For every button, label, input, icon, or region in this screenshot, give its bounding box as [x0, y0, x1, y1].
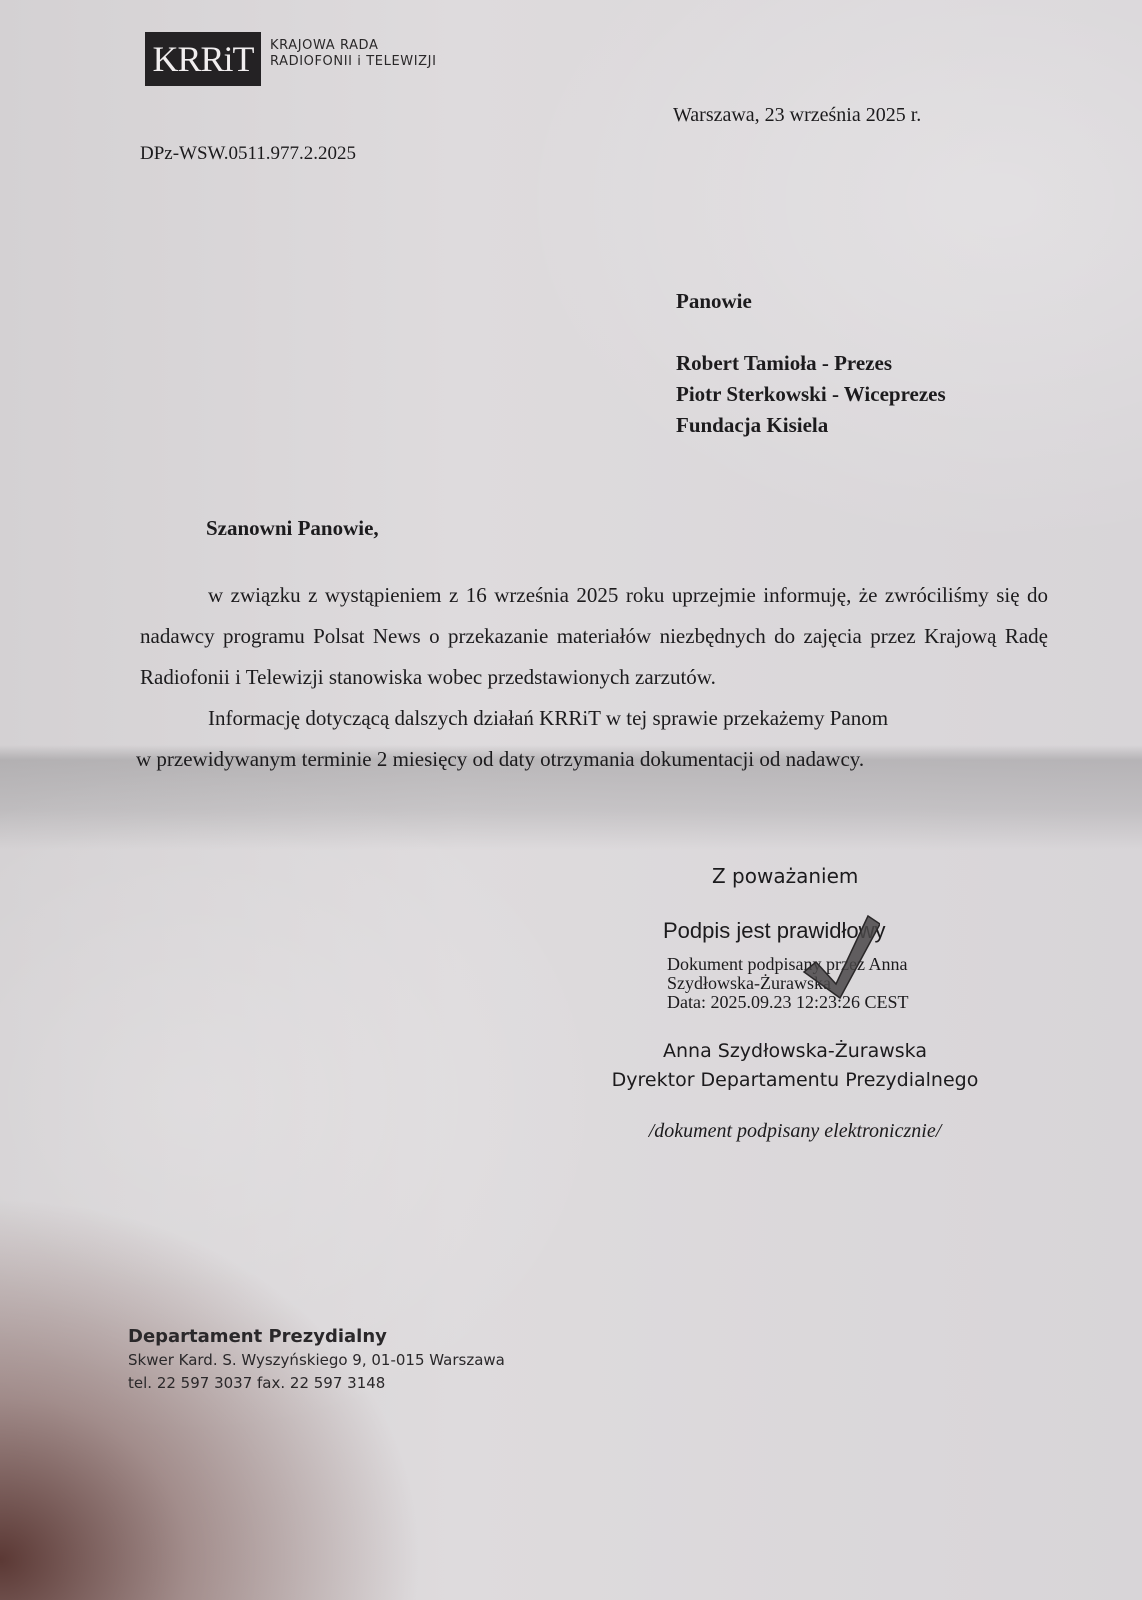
footer-department: Departament Prezydialny [128, 1325, 505, 1349]
signer-title: Dyrektor Departamentu Prezydialnego [600, 1066, 990, 1095]
place-and-date: Warszawa, 23 września 2025 r. [673, 104, 921, 127]
footer-phone-fax: tel. 22 597 3037 fax. 22 597 3148 [128, 1372, 505, 1395]
recipient-line: Piotr Sterkowski - Wiceprezes [676, 379, 946, 410]
body-paragraph-2-line-2: w przewidywanym terminie 2 miesięcy od d… [136, 739, 1048, 780]
salutation: Szanowni Panowie, [206, 516, 379, 541]
checkmark-icon [800, 910, 880, 1000]
footer-address: Skwer Kard. S. Wyszyńskiego 9, 01-015 Wa… [128, 1349, 505, 1372]
krrit-logo: KRRiT [145, 32, 261, 86]
recipient-line: Robert Tamioła - Prezes [676, 348, 946, 379]
recipient-line: Fundacja Kisiela [676, 410, 946, 441]
footer-contact: Departament Prezydialny Skwer Kard. S. W… [128, 1325, 505, 1395]
body-paragraph-1: w związku z wystąpieniem z 16 września 2… [140, 575, 1048, 698]
recipients-block: Panowie Robert Tamioła - Prezes Piotr St… [676, 286, 946, 441]
body-paragraph-2-line-1: Informację dotyczącą dalszych działań KR… [208, 706, 888, 730]
signer-block: Anna Szydłowska-Żurawska Dyrektor Depart… [600, 1037, 990, 1095]
organization-name: KRAJOWA RADA RADIOFONII i TELEWIZJI [270, 38, 437, 70]
letter-body: w związku z wystąpieniem z 16 września 2… [140, 575, 1048, 780]
recipients-greeting: Panowie [676, 286, 946, 317]
org-name-line1: KRAJOWA RADA [270, 38, 437, 54]
electronic-signature-note: /dokument podpisany elektronicznie/ [600, 1120, 990, 1143]
org-name-line2: RADIOFONII i TELEWIZJI [270, 54, 437, 70]
body-paragraph-2: Informację dotyczącą dalszych działań KR… [140, 698, 1048, 780]
signer-name: Anna Szydłowska-Żurawska [600, 1037, 990, 1066]
logo-text: KRRiT [152, 38, 253, 80]
closing-phrase: Z poważaniem [712, 864, 858, 888]
reference-number: DPz-WSW.0511.977.2.2025 [140, 143, 356, 165]
